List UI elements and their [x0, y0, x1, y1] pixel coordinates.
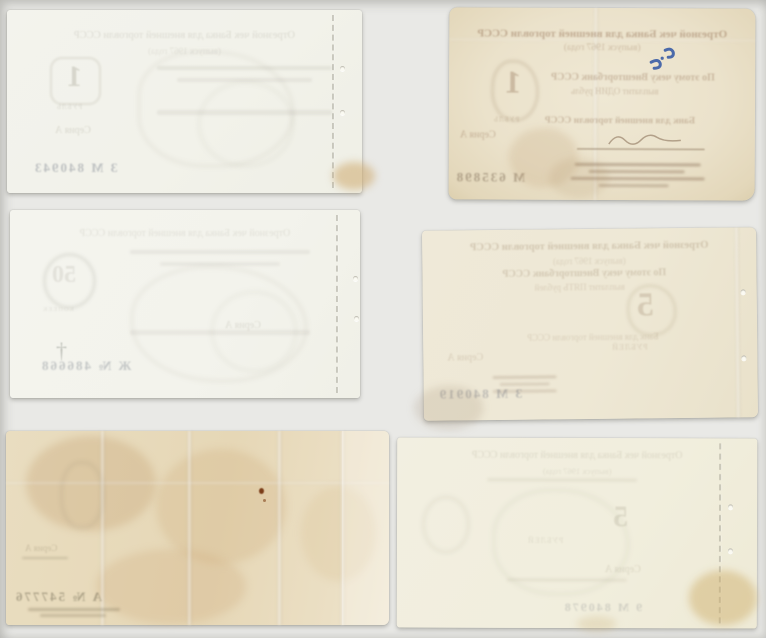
cheque-back-middle-left: Отрезной чек Банка для внешней торговли …	[10, 210, 360, 398]
body-line1: По этому чеку Внешторгбанк СССР	[502, 267, 666, 280]
blue-ink-mark	[641, 46, 681, 76]
header-text: Отрезной чек Банка для внешней торговли …	[422, 239, 756, 253]
fine-print-line	[40, 614, 106, 617]
stitch-hole	[354, 316, 359, 321]
serial-number: Ж № 486668	[40, 358, 131, 374]
stain	[689, 570, 757, 625]
body-line1: По этому чеку Внешторгбанк СССР	[551, 72, 715, 84]
fine-print-line	[28, 608, 120, 611]
series-label: Серия А	[25, 543, 57, 553]
subheader-text: (выпуск 1967 года)	[397, 466, 757, 477]
stitch-hole	[340, 110, 345, 115]
corner-shadow	[414, 385, 484, 431]
fold-crease	[100, 431, 105, 625]
header-text: Отрезной чек Банка для внешней торговли …	[397, 450, 757, 462]
perforation-line	[332, 15, 334, 188]
denomination-rosette	[43, 253, 96, 309]
fold-crease	[734, 227, 741, 417]
cheque-back-bottom-left: Серия А А № 547776	[6, 431, 389, 625]
ghost-print-blob	[197, 80, 295, 168]
cheque-back-top-right: Отрезной чек Банка для внешней торговли …	[449, 7, 756, 200]
stitch-hole	[741, 355, 746, 360]
stitch-hole	[728, 504, 733, 509]
denomination-rosette	[50, 57, 101, 105]
fine-print-line	[599, 184, 669, 187]
series-label: Серия А	[55, 125, 91, 136]
ghost-body-line	[487, 478, 637, 482]
stitch-hole	[353, 276, 358, 281]
stitch-hole	[340, 66, 345, 71]
dark-speck	[259, 488, 264, 494]
stain	[577, 616, 617, 632]
bank-line: Банк для внешней торговли СССР	[545, 116, 695, 127]
stain	[333, 162, 375, 190]
crease	[449, 37, 755, 42]
anchor-mark: †	[56, 338, 67, 364]
denomination-rosette	[491, 60, 539, 122]
dark-speck	[263, 499, 266, 502]
body-line2: выплатит ОДИН рубль	[571, 86, 658, 96]
stain	[156, 449, 286, 564]
fine-print-line	[493, 375, 557, 379]
perforation-line	[336, 215, 338, 393]
serial-number: А № 547776	[14, 589, 102, 605]
header-text: Отрезной чек Банка для внешней торговли …	[7, 30, 362, 41]
fine-print-line	[500, 382, 550, 386]
denomination-rosette	[627, 284, 678, 337]
stitch-hole	[741, 289, 746, 294]
stain	[549, 158, 609, 198]
ghost-print-blob	[422, 496, 470, 554]
cheque-back-middle-right: Отрезной чек Банка для внешней торговли …	[422, 227, 758, 420]
ghost-print-blob	[210, 290, 298, 373]
fold-crease	[187, 431, 192, 625]
ghost-body-line	[507, 578, 627, 582]
fine-print-line	[493, 389, 557, 393]
serial-number: 9 М 840978	[563, 600, 642, 615]
fold-crease	[277, 431, 282, 625]
series-underline	[22, 557, 68, 559]
cheque-back-top-left: Отрезной чек Банка для внешней торговли …	[7, 10, 362, 193]
header-text: Отрезной чек Банка для внешней торговли …	[10, 228, 360, 239]
body-line2: выплатит ПЯТЬ рублей	[535, 282, 625, 293]
series-label: Серия А	[460, 129, 496, 140]
serial-number: З М 840943	[33, 160, 118, 176]
ghost-body-line	[130, 250, 310, 254]
scanned-sheet: Отрезной чек Банка для внешней торговли …	[0, 0, 766, 638]
subheader-text: (выпуск 1967 года)	[449, 42, 755, 53]
denomination-label: РУБЛЕЙ	[611, 342, 647, 351]
subheader-text: (выпуск 1967 года)	[422, 254, 756, 267]
cheque-back-bottom-right: Отрезной чек Банка для внешней торговли …	[397, 438, 757, 629]
ghost-print-blob	[60, 461, 104, 529]
stitch-hole	[728, 548, 733, 553]
stain	[96, 549, 246, 624]
lighter-stub	[342, 431, 389, 625]
series-label: Серия А	[447, 352, 483, 363]
